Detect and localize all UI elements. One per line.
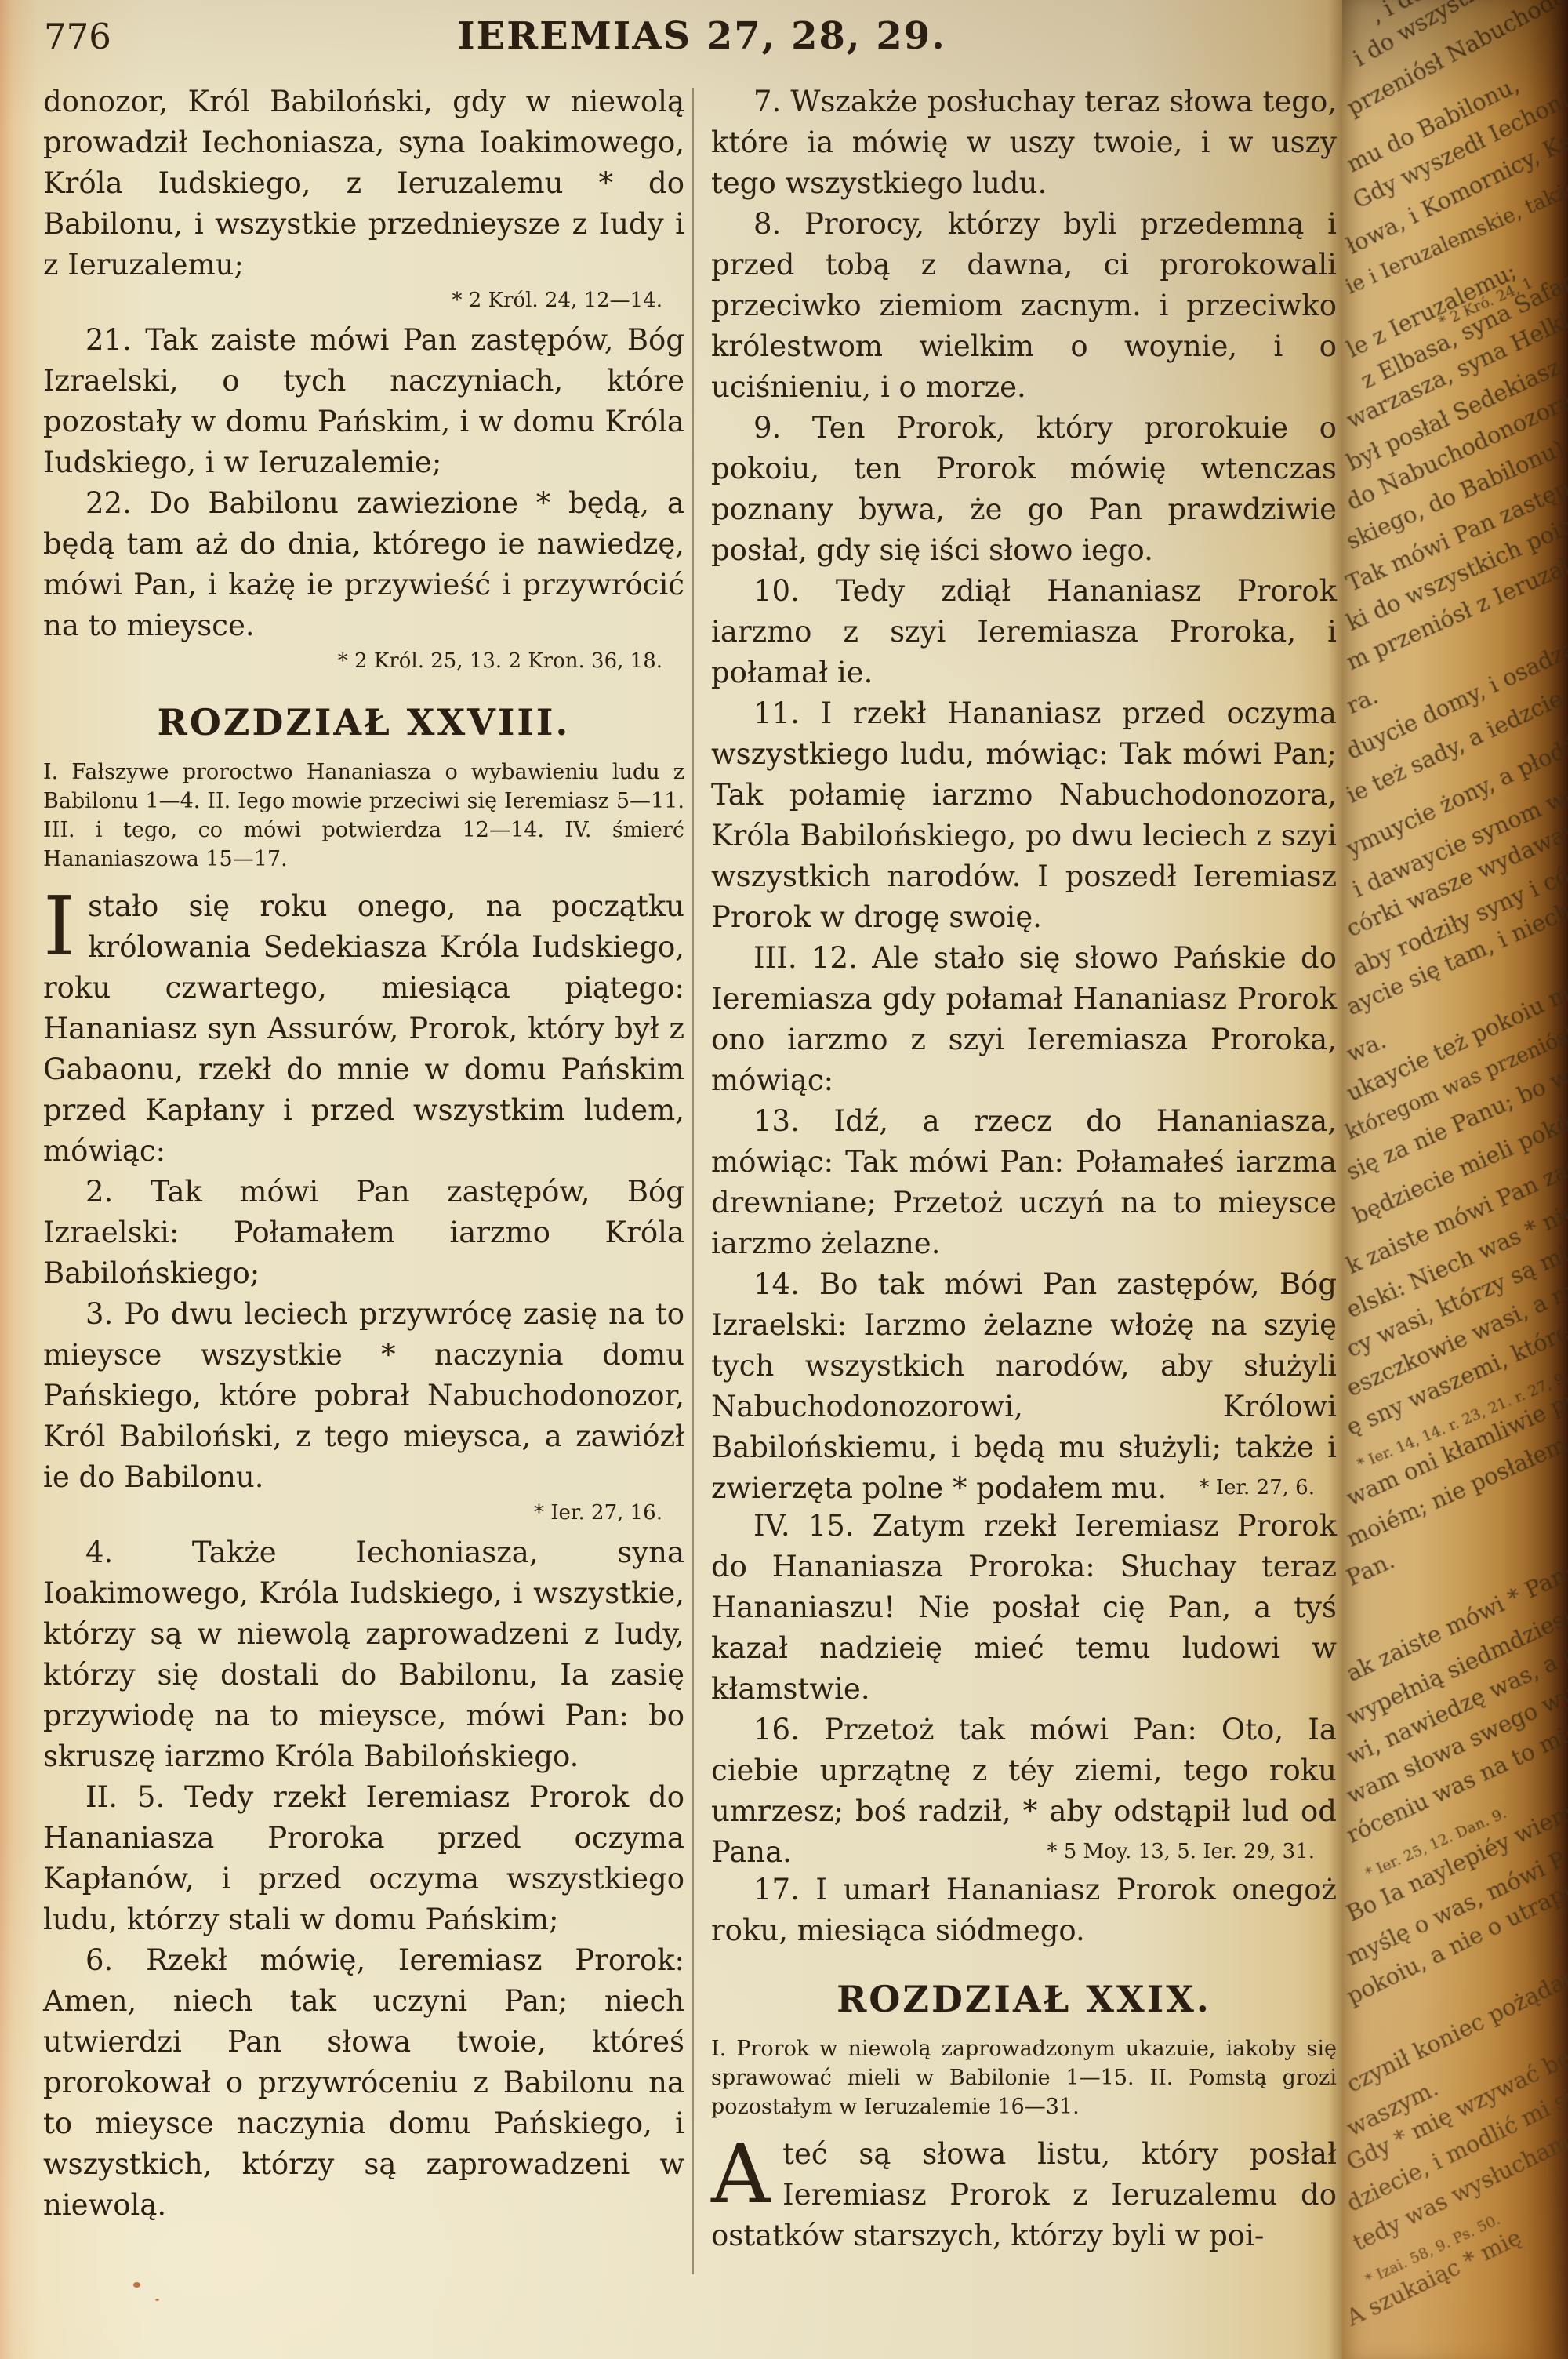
verse-7: 7. Wszakże posłuchay teraz słowa tego, k… — [711, 82, 1337, 204]
footnote-2krol-24: * 2 Król. 24, 12—14. — [43, 287, 684, 314]
verse-4: 4. Także Iechoniasza, syna Ioakimowego, … — [43, 1532, 684, 1777]
verse-22: 22. Do Babilonu zawiezione * będą, a będ… — [43, 483, 684, 646]
verse-12: III. 12. Ale stało się słowo Pańskie do … — [711, 938, 1337, 1101]
chapter-heading-29: ROZDZIAŁ XXIX. — [711, 1978, 1337, 2020]
column-divider-rule — [692, 88, 694, 2274]
drop-cap-initial: I — [43, 886, 88, 960]
left-column: donozor, Król Babiloński, gdy w niewolą … — [43, 82, 684, 2226]
verse-11: 11. I rzekł Hananiasz przed oczyma wszys… — [711, 693, 1337, 938]
verse-6: 6. Rzekł mówię, Ieremiasz Prorok: Amen, … — [43, 1940, 684, 2226]
chapter-28-summary: I. Fałszywe proroctwo Hananiasza o wybaw… — [43, 758, 684, 874]
verse-21: 21. Tak zaiste mówi Pan zastępów, Bóg Iz… — [43, 320, 684, 483]
verse-17: 17. I umarł Hananiasz Prorok onegoż roku… — [711, 1870, 1337, 1951]
edge-text-fragment: wa. — [1342, 1027, 1390, 1067]
verse-29-1-dropcap: Ateć są słowa listu, który posłał Ieremi… — [711, 2134, 1337, 2256]
verse-10: 10. Tedy zdiął Hananiasz Prorok iarzmo z… — [711, 571, 1337, 693]
verse-14: 14. Bo tak mówi Pan zastępów, Bóg Izrael… — [711, 1264, 1337, 1509]
page-title: IEREMIAS 27, 28, 29. — [0, 14, 1403, 58]
footnote-5moy-13: * 5 Moy. 13, 5. Ier. 29, 31. — [711, 1838, 1337, 1865]
chapter-29-summary: I. Prorok w niewolą zaprowadzonym ukazui… — [711, 2034, 1337, 2121]
footnote-ier-27-16: * Ier. 27, 16. — [43, 1499, 684, 1526]
page-curve-crease — [1328, 0, 1342, 2359]
continuation-paragraph: donozor, Król Babiloński, gdy w niewolą … — [43, 82, 684, 285]
verse-13: 13. Idź, a rzecz do Hananiasza, mówiąc: … — [711, 1101, 1337, 1264]
next-page-curled-edge: , i do Kapłanói do wszystkiego ludu,prze… — [1342, 0, 1568, 2359]
book-page-scan: 776 IEREMIAS 27, 28, 29. donozor, Król B… — [0, 0, 1568, 2359]
verse-3: 3. Po dwu leciech przywrócę zasię na to … — [43, 1294, 684, 1498]
chapter-heading-28: ROZDZIAŁ XXVIII. — [43, 701, 684, 743]
right-column: 7. Wszakże posłuchay teraz słowa tego, k… — [711, 82, 1337, 2256]
verse-5: II. 5. Tedy rzekł Ieremiasz Prorok do Ha… — [43, 1777, 684, 1940]
edge-text-fragment: ra. — [1342, 682, 1382, 719]
footnote-2krol-25: * 2 Król. 25, 13. 2 Kron. 36, 18. — [43, 648, 684, 674]
verse-1-dropcap: Istało się roku onego, na początku królo… — [43, 886, 684, 1172]
drop-cap-initial: A — [711, 2134, 782, 2208]
verse-2: 2. Tak mówi Pan zastępów, Bóg Izraelski:… — [43, 1172, 684, 1294]
verse-8: 8. Prorocy, którzy byli przedemną i prze… — [711, 204, 1337, 408]
verse-15: IV. 15. Zatym rzekł Ieremiasz Prorok do … — [711, 1506, 1337, 1710]
verse-9: 9. Ten Prorok, który prorokuie o pokoiu,… — [711, 408, 1337, 571]
paper-stain — [133, 2282, 140, 2288]
edge-text-fragment: Pan. — [1342, 1547, 1399, 1591]
